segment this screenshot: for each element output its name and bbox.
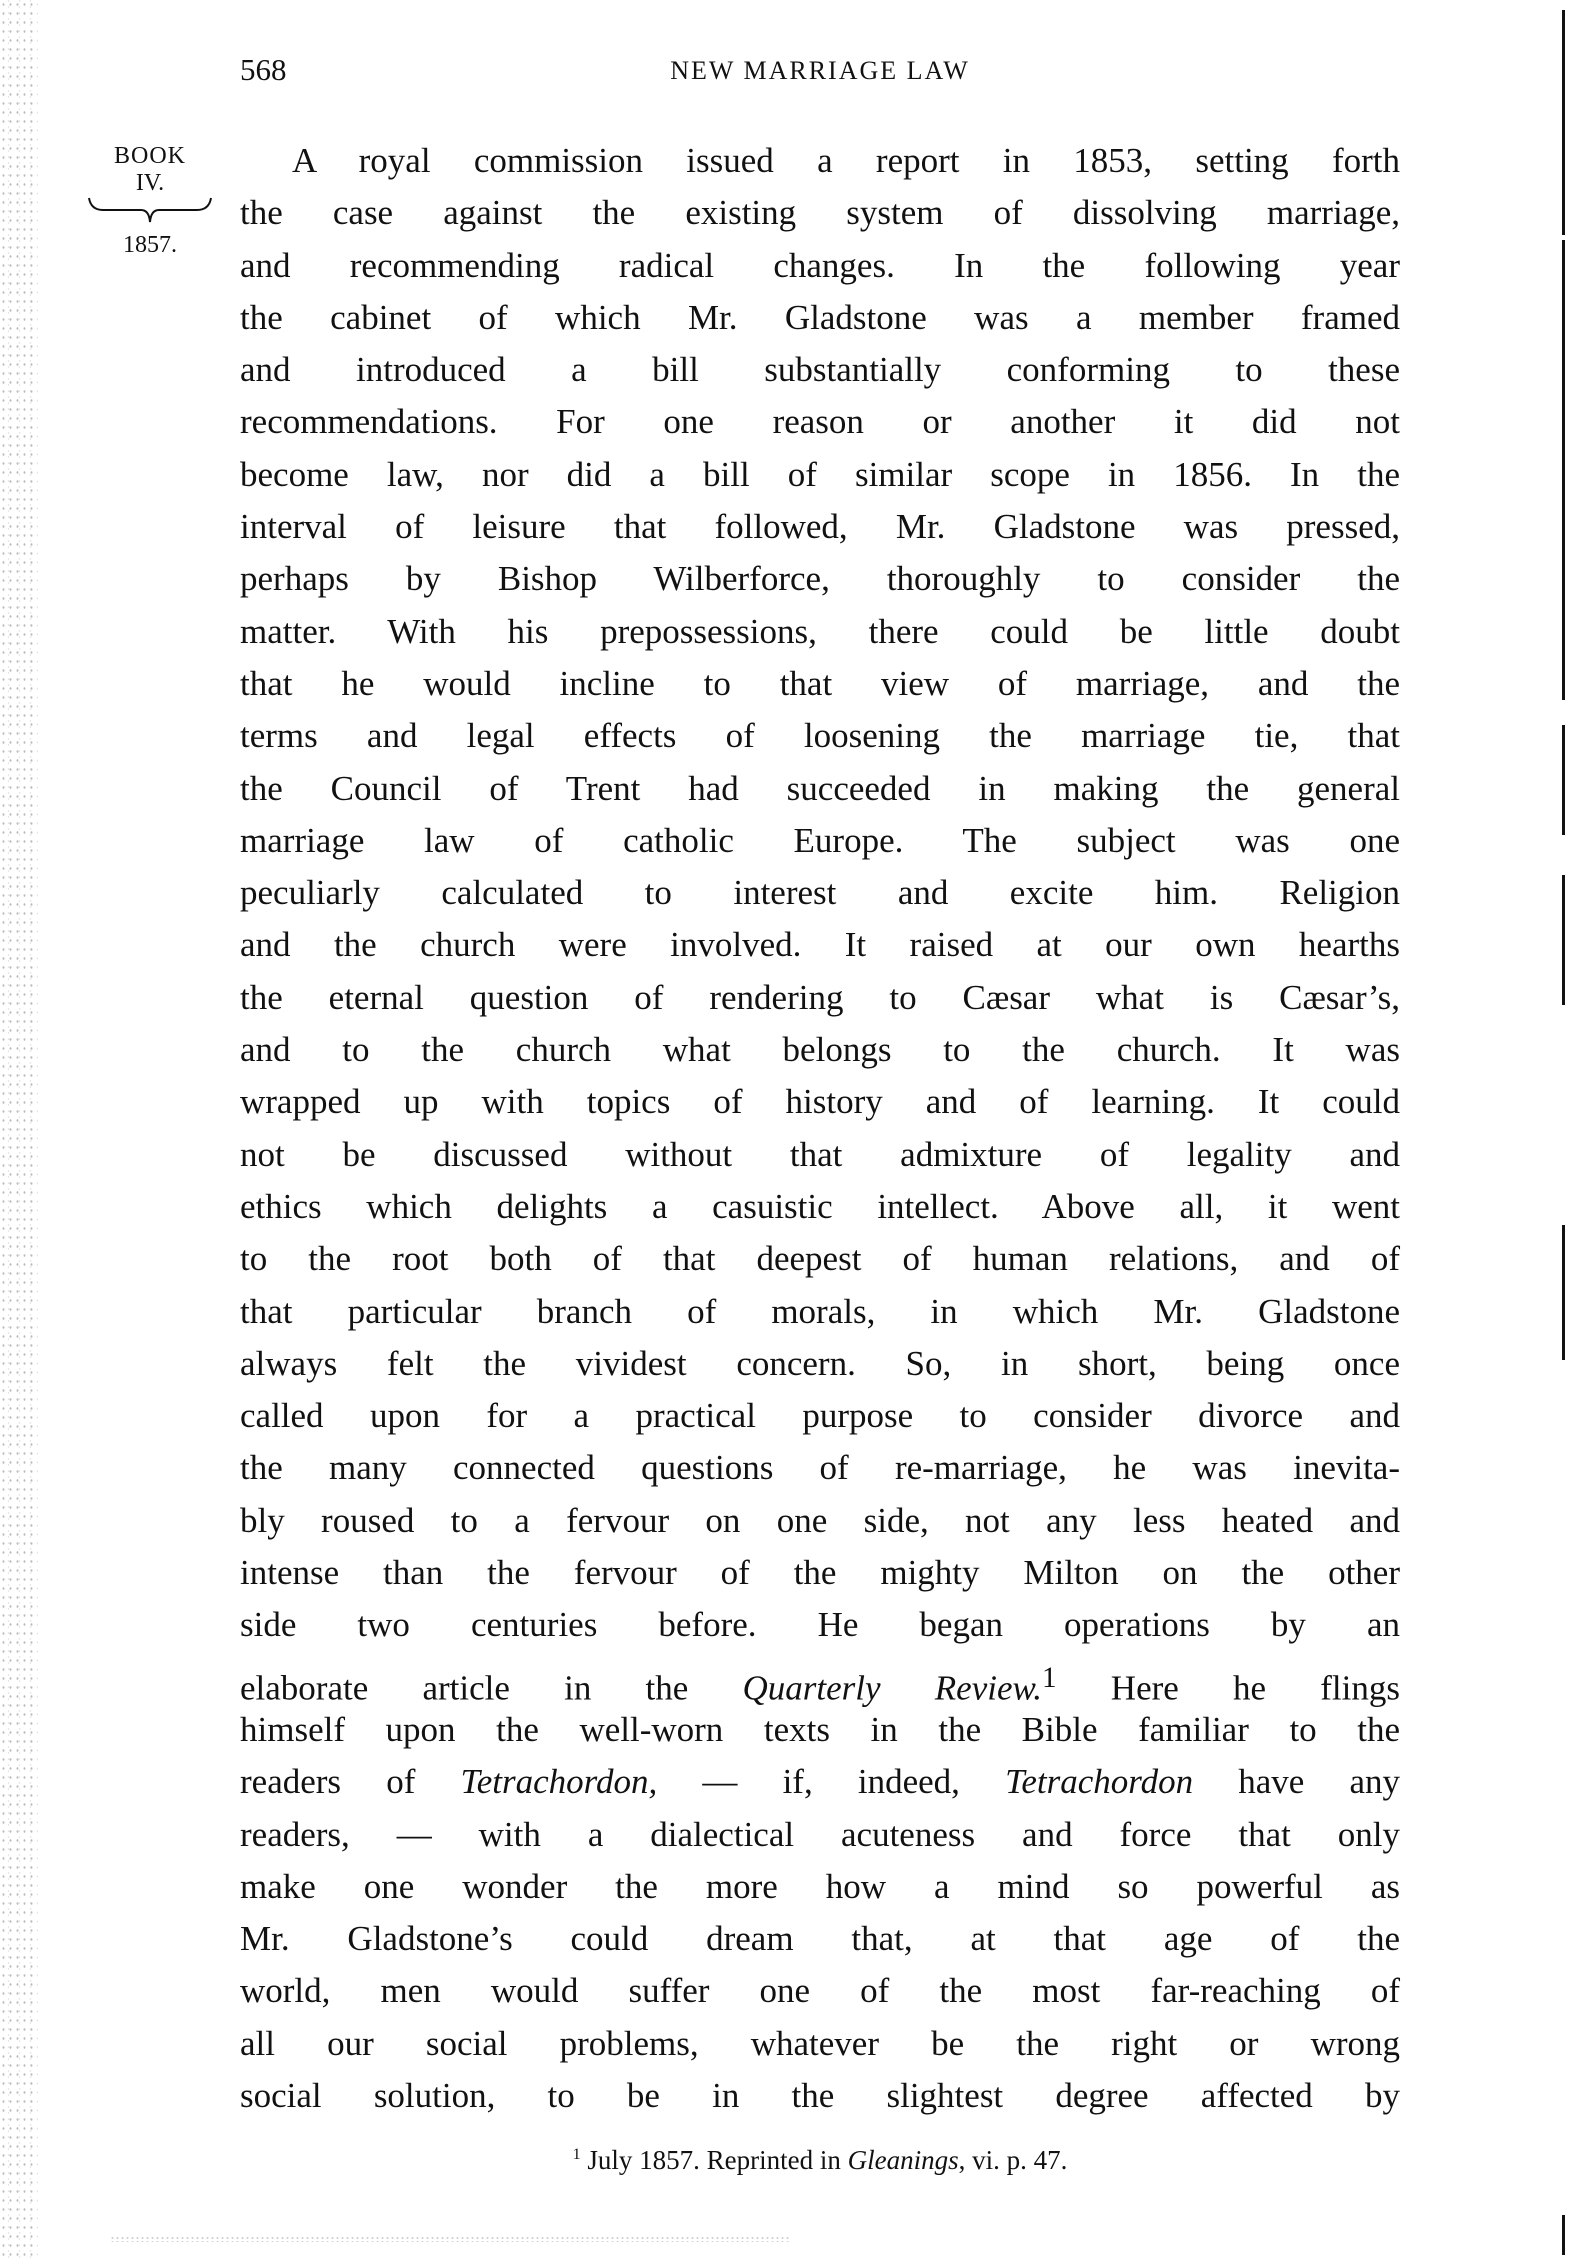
footnote-text: July 1857. Reprinted in <box>581 2145 848 2175</box>
text-line: world, men would suffer one of the most … <box>240 1965 1400 2017</box>
footnote-ref: 1 <box>1042 1662 1057 1694</box>
margin-note: BOOK IV. 1857. <box>80 142 220 259</box>
text-run: — if, indeed, <box>657 1762 1005 1801</box>
page-edge-line <box>1562 10 1565 235</box>
text-line: to the root both of that deepest of huma… <box>240 1233 1400 1285</box>
text-line: elaborate article in the Quarterly Revie… <box>240 1652 1400 1704</box>
page-edge-line <box>1562 240 1565 700</box>
scan-edge-noise-left <box>0 0 38 2258</box>
text-line: make one wonder the more how a mind so p… <box>240 1861 1400 1913</box>
text-line: terms and legal effects of loosening the… <box>240 710 1400 762</box>
text-line: the case against the existing system of … <box>240 187 1400 239</box>
scan-noise-bottom <box>110 2236 790 2242</box>
text-line: and introduced a bill substantially conf… <box>240 344 1400 396</box>
text-line: become law, nor did a bill of similar sc… <box>240 449 1400 501</box>
journal-title: Quarterly Review. <box>743 1668 1042 1707</box>
page-edge-line <box>1562 875 1565 1005</box>
text-line: called upon for a practical purpose to c… <box>240 1390 1400 1442</box>
text-line: the many connected questions of re-marri… <box>240 1442 1400 1494</box>
text-line: and to the church what belongs to the ch… <box>240 1024 1400 1076</box>
text-line: perhaps by Bishop Wilberforce, thoroughl… <box>240 553 1400 605</box>
text-line: the cabinet of which Mr. Gladstone was a… <box>240 292 1400 344</box>
book-title: Tetrachordon <box>1005 1762 1193 1801</box>
brace-icon <box>87 196 213 226</box>
text-run: have any <box>1193 1762 1400 1801</box>
text-line: all our social problems, whatever be the… <box>240 2018 1400 2070</box>
text-line: matter. With his prepossessions, there c… <box>240 606 1400 658</box>
text-line: and the church were involved. It raised … <box>240 919 1400 971</box>
text-line: recommendations. For one reason or anoth… <box>240 396 1400 448</box>
text-line: intense than the fervour of the mighty M… <box>240 1547 1400 1599</box>
margin-volume: IV. <box>80 170 220 196</box>
text-line: bly roused to a fervour on one side, not… <box>240 1495 1400 1547</box>
margin-year: 1857. <box>80 231 220 259</box>
text-line: social solution, to be in the slightest … <box>240 2070 1400 2122</box>
text-line: the Council of Trent had succeeded in ma… <box>240 763 1400 815</box>
body-text: A royal commission issued a report in 18… <box>240 135 1400 2122</box>
text-line: side two centuries before. He began oper… <box>240 1599 1400 1651</box>
footnote: 1 July 1857. Reprinted in Gleanings, vi.… <box>240 2145 1400 2176</box>
text-line: Mr. Gladstone’s could dream that, at tha… <box>240 1913 1400 1965</box>
text-line: A royal commission issued a report in 18… <box>240 135 1400 187</box>
text-line: not be discussed without that admixture … <box>240 1129 1400 1181</box>
text-line: ethics which delights a casuistic intell… <box>240 1181 1400 1233</box>
page-edge-line <box>1562 725 1565 835</box>
text-line: readers of Tetrachordon, — if, indeed, T… <box>240 1756 1400 1808</box>
text-line: that he would incline to that view of ma… <box>240 658 1400 710</box>
footnote-text: , vi. p. 47. <box>959 2145 1068 2175</box>
text-run: elaborate article in the <box>240 1668 743 1707</box>
text-line: that particular branch of morals, in whi… <box>240 1286 1400 1338</box>
text-line: wrapped up with topics of history and of… <box>240 1076 1400 1128</box>
text-line: interval of leisure that followed, Mr. G… <box>240 501 1400 553</box>
running-head: NEW MARRIAGE LAW <box>240 56 1400 86</box>
page-header: 568 NEW MARRIAGE LAW <box>240 52 1400 92</box>
page-edge-line <box>1562 1225 1565 1360</box>
page-edge-line <box>1562 2215 1565 2255</box>
margin-book-label: BOOK <box>80 142 220 170</box>
text-line: the eternal question of rendering to Cæs… <box>240 972 1400 1024</box>
text-line: readers, — with a dialectical acuteness … <box>240 1809 1400 1861</box>
text-line: and recommending radical changes. In the… <box>240 240 1400 292</box>
text-run: readers of <box>240 1762 461 1801</box>
book-title: Tetrachordon, <box>461 1762 658 1801</box>
text-line: peculiarly calculated to interest and ex… <box>240 867 1400 919</box>
text-run: Here he flings <box>1057 1668 1400 1707</box>
footnote-title: Gleanings <box>848 2145 959 2175</box>
text-line: always felt the vividest concern. So, in… <box>240 1338 1400 1390</box>
footnote-marker: 1 <box>573 2146 581 2163</box>
text-line: marriage law of catholic Europe. The sub… <box>240 815 1400 867</box>
text-line: himself upon the well-worn texts in the … <box>240 1704 1400 1756</box>
